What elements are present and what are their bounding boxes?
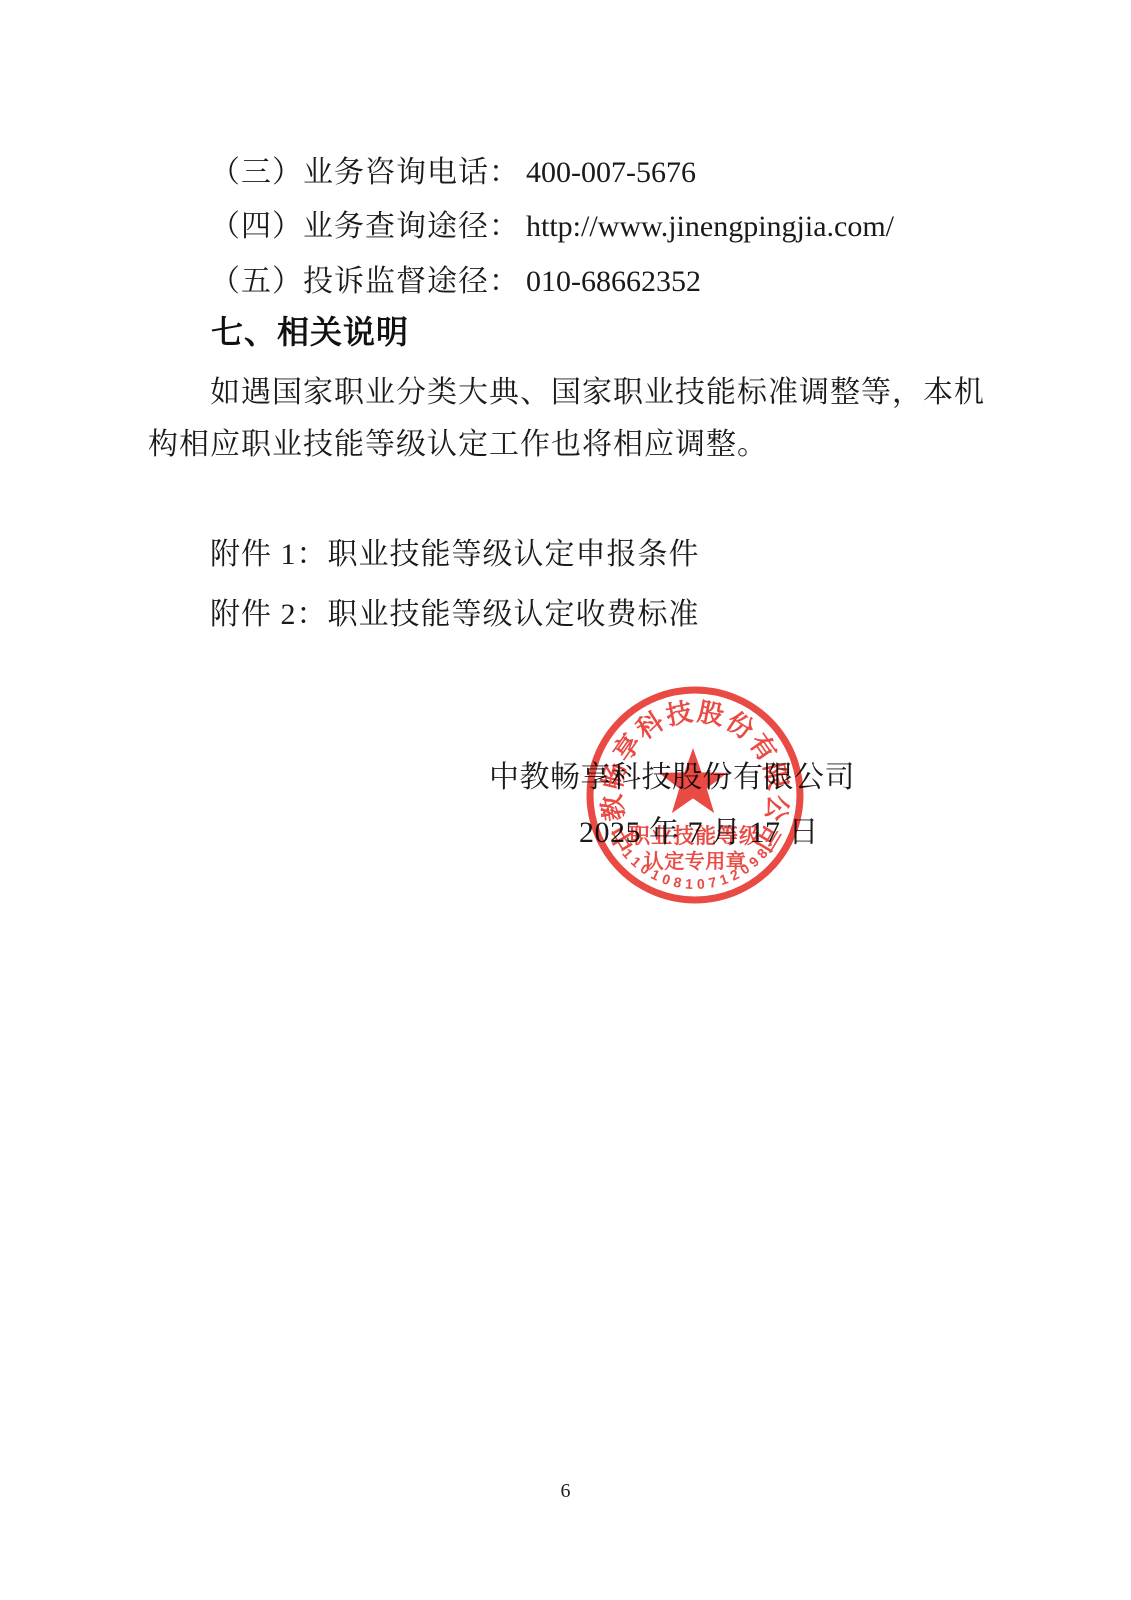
contact-label: （五）投诉监督途径： bbox=[210, 265, 520, 298]
contact-label: （四）业务查询途径： bbox=[210, 210, 520, 243]
stamp-arc-char: 科 bbox=[631, 705, 670, 745]
contact-line-phone: （三）业务咨询电话：400-007-5676 bbox=[210, 147, 696, 191]
contact-label: （三）业务咨询电话： bbox=[210, 156, 520, 189]
contact-value: 010-68662352 bbox=[526, 265, 701, 298]
contact-line-complaint: （五）投诉监督途径：010-68662352 bbox=[210, 256, 701, 300]
stamp-arc-char: 股 bbox=[695, 696, 726, 730]
signature-date: 2025 年 7 月 17 日 bbox=[579, 807, 819, 851]
stamp-serial-char: 8 bbox=[672, 874, 683, 891]
section-heading: 七、相关说明 bbox=[211, 307, 409, 353]
contact-line-query-url: （四）业务查询途径：http://www.jinengpingjia.com/ bbox=[210, 201, 894, 245]
document-page: （三）业务咨询电话：400-007-5676 （四）业务查询途径：http://… bbox=[0, 0, 1131, 1600]
stamp-serial-char: 2 bbox=[728, 866, 742, 884]
contact-value: 400-007-5676 bbox=[526, 156, 696, 189]
paragraph-line-2: 构相应职业技能等级认定工作也将相应调整。 bbox=[148, 419, 768, 463]
stamp-serial-char: 0 bbox=[638, 860, 654, 878]
stamp-serial-char: 1 bbox=[685, 876, 694, 892]
stamp-serial-char: 0 bbox=[696, 876, 705, 892]
attachment-1: 附件 1：职业技能等级认定申报条件 bbox=[210, 529, 700, 573]
stamp-center-line-2: 认定专用章 bbox=[644, 849, 747, 873]
stamp-arc-char: 技 bbox=[664, 696, 695, 730]
stamp-serial-char: 1 bbox=[628, 853, 645, 870]
signature-company: 中教畅享科技股份有限公司 bbox=[489, 752, 855, 796]
stamp-serial-char: 7 bbox=[707, 874, 718, 891]
stamp-arc-char: 份 bbox=[721, 706, 759, 745]
stamp-serial-char: 1 bbox=[648, 866, 662, 884]
paragraph-line-1: 如遇国家职业分类大典、国家职业技能标准调整等，本机 bbox=[210, 367, 985, 411]
page-number: 6 bbox=[0, 1480, 1131, 1503]
stamp-serial-char: 0 bbox=[660, 870, 673, 888]
contact-value-url: http://www.jinengpingjia.com/ bbox=[526, 210, 894, 243]
attachment-2: 附件 2：职业技能等级认定收费标准 bbox=[210, 589, 700, 633]
stamp-serial-char: 1 bbox=[717, 870, 730, 888]
stamp-serial-char: 0 bbox=[737, 860, 753, 878]
stamp-serial-char: 9 bbox=[746, 853, 763, 870]
